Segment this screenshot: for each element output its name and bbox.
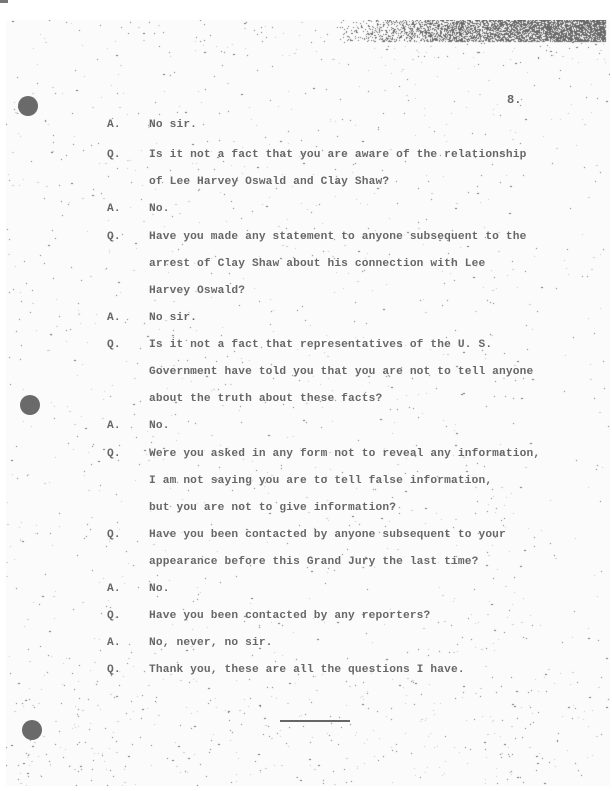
punch-hole-top (18, 96, 38, 116)
transcript-text: Have you made any statement to anyone su… (149, 231, 527, 243)
page-number: 8. (507, 93, 521, 107)
answer-marker: A. (107, 583, 121, 595)
answer-marker: A. (107, 637, 121, 649)
transcript-text: Harvey Oswald? (149, 285, 245, 297)
transcript-line: I am not saying you are to tell false in… (0, 475, 612, 491)
answer-marker: A. (107, 420, 121, 432)
transcript-text: No sir. (149, 119, 197, 131)
transcript-line: A.No, never, no sir. (0, 637, 612, 653)
transcript-line: Q.Is it not a fact that you are aware of… (0, 149, 612, 165)
question-marker: Q. (107, 529, 121, 541)
transcript-line: Q.Have you made any statement to anyone … (0, 231, 612, 247)
transcript-text: Is it not a fact that representatives of… (149, 339, 492, 351)
question-marker: Q. (107, 664, 121, 676)
transcript-line: about the truth about these facts? (0, 393, 612, 409)
transcript-text: arrest of Clay Shaw about his connection… (149, 258, 485, 270)
transcript-text: appearance before this Grand Jury the la… (149, 556, 478, 568)
transcript-text: Have you been contacted by any reporters… (149, 610, 430, 622)
transcript-line: Q.Thank you, these are all the questions… (0, 664, 612, 680)
transcript-text: No, never, no sir. (149, 637, 273, 649)
transcript-line: Government have told you that you are no… (0, 366, 612, 382)
scanned-document-page: 8. A.No sir.Q.Is it not a fact that you … (0, 0, 612, 791)
corner-mark (0, 0, 8, 3)
question-marker: Q. (107, 149, 121, 161)
transcript-text: Government have told you that you are no… (149, 366, 533, 378)
transcript-text: Thank you, these are all the questions I… (149, 664, 465, 676)
punch-hole-bottom (22, 720, 42, 740)
transcript-line: of Lee Harvey Oswald and Clay Shaw? (0, 176, 612, 192)
transcript-line: Harvey Oswald? (0, 285, 612, 301)
transcript-line: A.No. (0, 203, 612, 219)
answer-marker: A. (107, 119, 121, 131)
transcript-text: No. (149, 583, 170, 595)
transcript-text: Is it not a fact that you are aware of t… (149, 149, 527, 161)
question-marker: Q. (107, 610, 121, 622)
transcript-text: Were you asked in any form not to reveal… (149, 448, 540, 460)
transcript-text: Have you been contacted by anyone subseq… (149, 529, 506, 541)
transcript-line: A.No. (0, 583, 612, 599)
transcript-line: A.No sir. (0, 119, 612, 135)
transcript-line: A.No. (0, 420, 612, 436)
transcript-line: Q.Have you been contacted by any reporte… (0, 610, 612, 626)
question-marker: Q. (107, 339, 121, 351)
transcript-text: but you are not to give information? (149, 502, 396, 514)
transcript-line: appearance before this Grand Jury the la… (0, 556, 612, 572)
question-marker: Q. (107, 231, 121, 243)
transcript-line: but you are not to give information? (0, 502, 612, 518)
transcript-text: I am not saying you are to tell false in… (149, 475, 492, 487)
transcript-text: about the truth about these facts? (149, 393, 382, 405)
closing-rule (280, 720, 350, 722)
transcript-line: Q.Is it not a fact that representatives … (0, 339, 612, 355)
answer-marker: A. (107, 203, 121, 215)
transcript-text: No sir. (149, 312, 197, 324)
transcript-text: No. (149, 420, 170, 432)
transcript-line: Q.Were you asked in any form not to reve… (0, 448, 612, 464)
answer-marker: A. (107, 312, 121, 324)
transcript-text: of Lee Harvey Oswald and Clay Shaw? (149, 176, 389, 188)
transcript-line: Q.Have you been contacted by anyone subs… (0, 529, 612, 545)
transcript-line: arrest of Clay Shaw about his connection… (0, 258, 612, 274)
question-marker: Q. (107, 448, 121, 460)
transcript-text: No. (149, 203, 170, 215)
transcript-line: A.No sir. (0, 312, 612, 328)
